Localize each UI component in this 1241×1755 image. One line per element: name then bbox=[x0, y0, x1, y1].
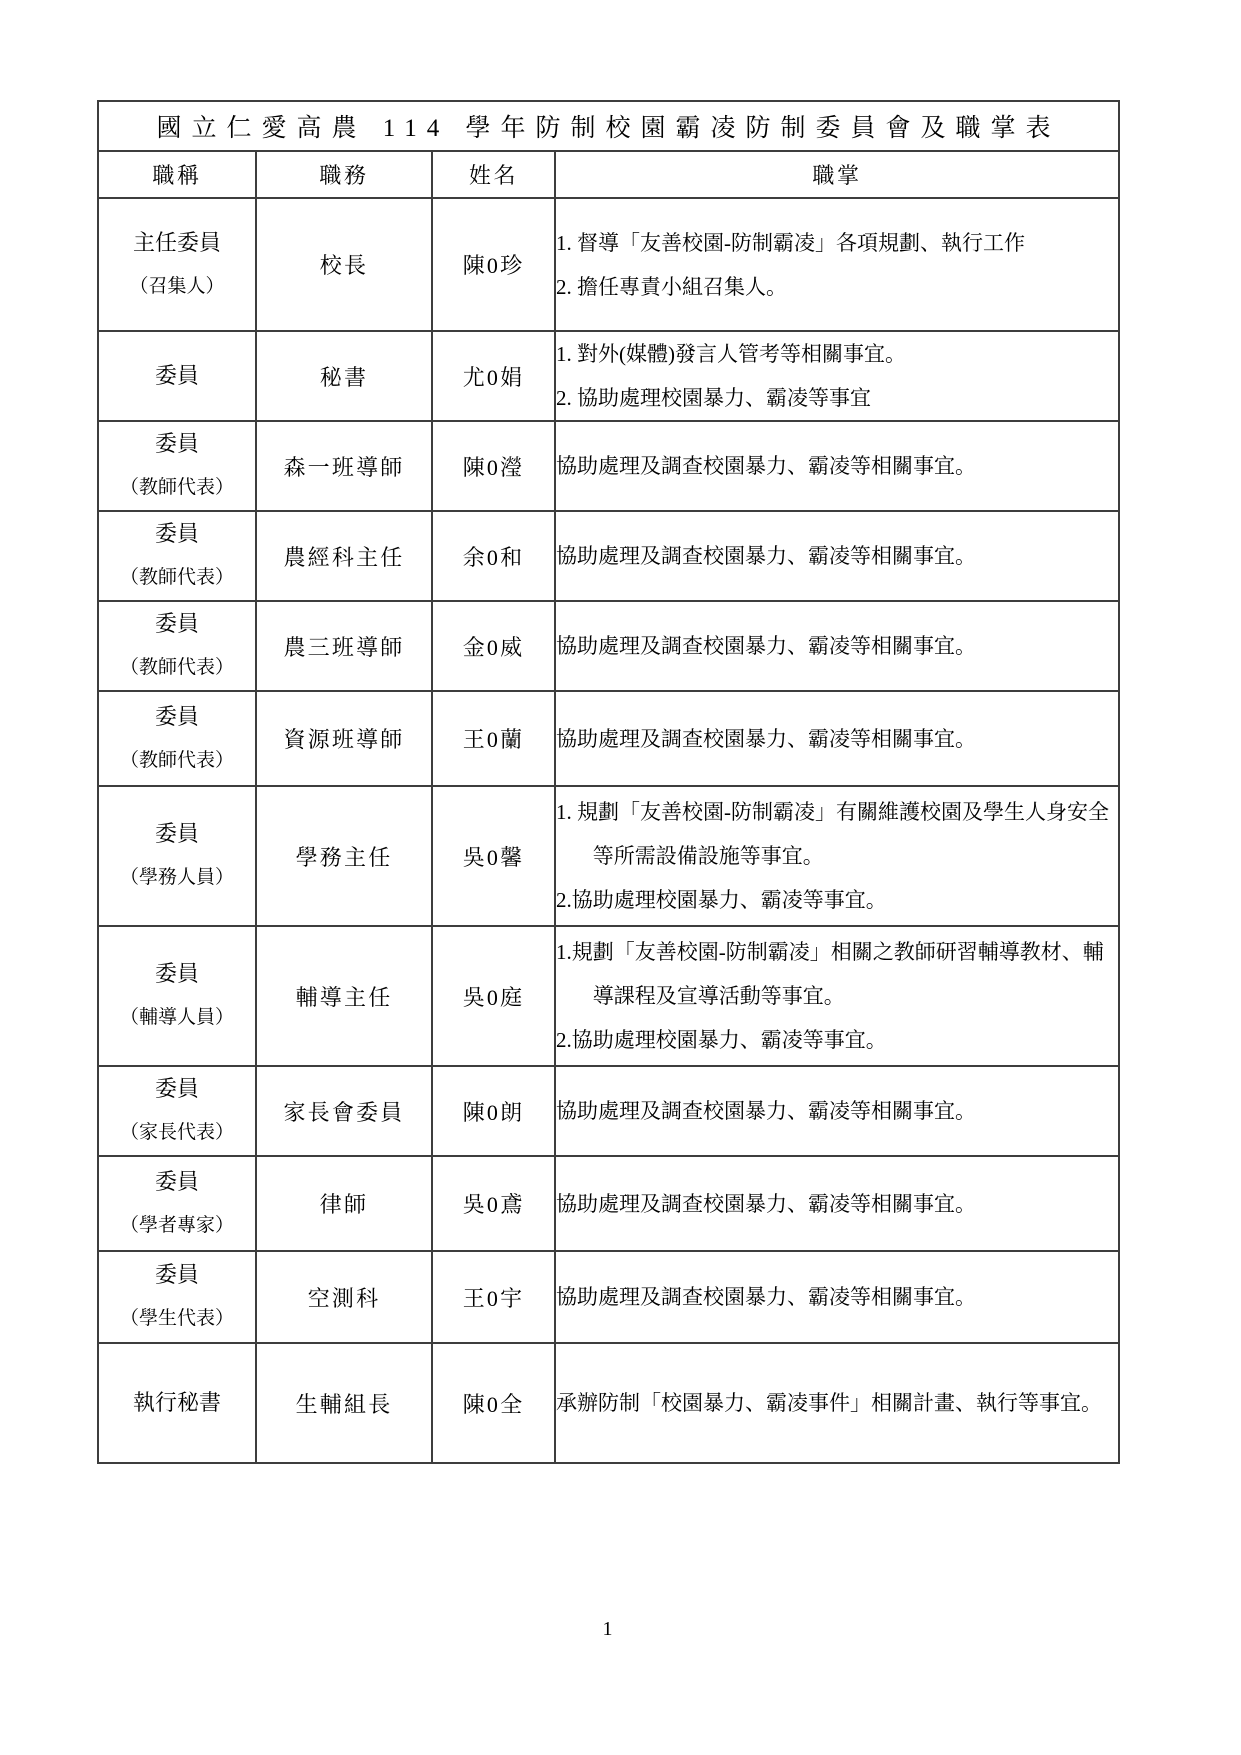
duty-cell: 1.規劃「友善校園-防制霸凌」相關之教師研習輔導教材、輔導課程及宣導活動等事宜。… bbox=[555, 926, 1119, 1066]
duty-cell: 協助處理及調查校園暴力、霸凌等相關事宜。 bbox=[555, 511, 1119, 601]
column-header-role: 職稱 bbox=[98, 151, 256, 198]
duty-item: 協助處理及調查校園暴力、霸凌等相關事宜。 bbox=[556, 717, 1118, 761]
duty-cell: 1. 對外(媒體)發言人管考等相關事宜。2. 協助處理校園暴力、霸凌等事宜 bbox=[555, 331, 1119, 421]
role-cell: 委員（學務人員） bbox=[98, 786, 256, 926]
position-cell: 輔導主任 bbox=[256, 926, 432, 1066]
name-cell: 王0蘭 bbox=[432, 691, 555, 786]
name-cell: 尤0娟 bbox=[432, 331, 555, 421]
table-header-row: 職稱 職務 姓名 職掌 bbox=[98, 151, 1119, 198]
duty-item: 2. 協助處理校園暴力、霸凌等事宜 bbox=[556, 376, 1118, 420]
duty-item: 承辦防制「校園暴力、霸凌事件」相關計畫、執行等事宜。 bbox=[556, 1381, 1118, 1425]
position-cell: 律師 bbox=[256, 1156, 432, 1251]
role-title-line: （教師代表） bbox=[99, 556, 255, 600]
duty-item: 2.協助處理校園暴力、霸凌等事宜。 bbox=[556, 878, 1118, 922]
role-cell: 委員（教師代表） bbox=[98, 421, 256, 511]
duty-item: 協助處理及調查校園暴力、霸凌等相關事宜。 bbox=[556, 624, 1118, 668]
duty-item: 協助處理及調查校園暴力、霸凌等相關事宜。 bbox=[556, 1182, 1118, 1226]
role-title-line: （召集人） bbox=[99, 265, 255, 309]
committee-table: 國立仁愛高農 114 學年防制校園霸凌防制委員會及職掌表 職稱 職務 姓名 職掌… bbox=[97, 100, 1120, 1464]
name-cell: 金0威 bbox=[432, 601, 555, 691]
column-header-name: 姓名 bbox=[432, 151, 555, 198]
role-title-line: 委員 bbox=[99, 695, 255, 739]
position-cell: 校長 bbox=[256, 198, 432, 331]
role-cell: 委員（教師代表） bbox=[98, 511, 256, 601]
role-title-line: 委員 bbox=[99, 952, 255, 996]
role-title-line: （學務人員） bbox=[99, 856, 255, 900]
name-cell: 陳0朗 bbox=[432, 1066, 555, 1156]
table-row: 執行秘書生輔組長陳0全承辦防制「校園暴力、霸凌事件」相關計畫、執行等事宜。 bbox=[98, 1343, 1119, 1463]
role-title-line: 委員 bbox=[99, 602, 255, 646]
table-title: 國立仁愛高農 114 學年防制校園霸凌防制委員會及職掌表 bbox=[98, 101, 1119, 151]
table-row: 委員（教師代表）資源班導師王0蘭協助處理及調查校園暴力、霸凌等相關事宜。 bbox=[98, 691, 1119, 786]
name-cell: 陳0珍 bbox=[432, 198, 555, 331]
duty-item: 協助處理及調查校園暴力、霸凌等相關事宜。 bbox=[556, 1089, 1118, 1133]
table-title-row: 國立仁愛高農 114 學年防制校園霸凌防制委員會及職掌表 bbox=[98, 101, 1119, 151]
position-cell: 秘書 bbox=[256, 331, 432, 421]
role-cell: 委員 bbox=[98, 331, 256, 421]
role-cell: 委員（學者專家） bbox=[98, 1156, 256, 1251]
page-number: 1 bbox=[97, 1618, 1118, 1641]
role-title-line: 委員 bbox=[99, 1067, 255, 1111]
role-title-line: 委員 bbox=[99, 812, 255, 856]
duty-cell: 協助處理及調查校園暴力、霸凌等相關事宜。 bbox=[555, 691, 1119, 786]
column-header-position: 職務 bbox=[256, 151, 432, 198]
position-cell: 家長會委員 bbox=[256, 1066, 432, 1156]
role-title-line: （家長代表） bbox=[99, 1111, 255, 1155]
duty-item: 1. 對外(媒體)發言人管考等相關事宜。 bbox=[556, 332, 1118, 376]
role-title-line: （輔導人員） bbox=[99, 996, 255, 1040]
role-cell: 委員（學生代表） bbox=[98, 1251, 256, 1343]
duty-cell: 協助處理及調查校園暴力、霸凌等相關事宜。 bbox=[555, 421, 1119, 511]
duty-item: 2. 擔任專責小組召集人。 bbox=[556, 265, 1118, 309]
name-cell: 吳0馨 bbox=[432, 786, 555, 926]
role-cell: 主任委員（召集人） bbox=[98, 198, 256, 331]
table-row: 委員（教師代表）農經科主任余0和協助處理及調查校園暴力、霸凌等相關事宜。 bbox=[98, 511, 1119, 601]
duty-cell: 協助處理及調查校園暴力、霸凌等相關事宜。 bbox=[555, 1066, 1119, 1156]
duty-cell: 協助處理及調查校園暴力、霸凌等相關事宜。 bbox=[555, 601, 1119, 691]
committee-table-body: 主任委員（召集人）校長陳0珍1. 督導「友善校園-防制霸凌」各項規劃、執行工作2… bbox=[98, 198, 1119, 1463]
role-title-line: （教師代表） bbox=[99, 466, 255, 510]
position-cell: 生輔組長 bbox=[256, 1343, 432, 1463]
table-row: 委員秘書尤0娟1. 對外(媒體)發言人管考等相關事宜。2. 協助處理校園暴力、霸… bbox=[98, 331, 1119, 421]
table-row: 委員（教師代表）森一班導師陳0瀅協助處理及調查校園暴力、霸凌等相關事宜。 bbox=[98, 421, 1119, 511]
table-row: 委員（教師代表）農三班導師金0威協助處理及調查校園暴力、霸凌等相關事宜。 bbox=[98, 601, 1119, 691]
role-title-line: 委員 bbox=[99, 1160, 255, 1204]
role-title-line: （學生代表） bbox=[99, 1297, 255, 1341]
name-cell: 吳0鳶 bbox=[432, 1156, 555, 1251]
duty-item: 1. 規劃「友善校園-防制霸凌」有關維護校園及學生人身安全等所需設備設施等事宜。 bbox=[556, 790, 1118, 878]
role-title-line: 委員 bbox=[99, 422, 255, 466]
position-cell: 農三班導師 bbox=[256, 601, 432, 691]
duty-item: 協助處理及調查校園暴力、霸凌等相關事宜。 bbox=[556, 1275, 1118, 1319]
duty-item: 協助處理及調查校園暴力、霸凌等相關事宜。 bbox=[556, 444, 1118, 488]
table-row: 委員（家長代表）家長會委員陳0朗協助處理及調查校園暴力、霸凌等相關事宜。 bbox=[98, 1066, 1119, 1156]
role-title-line: 委員 bbox=[99, 1253, 255, 1297]
table-row: 委員（學務人員）學務主任吳0馨1. 規劃「友善校園-防制霸凌」有關維護校園及學生… bbox=[98, 786, 1119, 926]
position-cell: 農經科主任 bbox=[256, 511, 432, 601]
role-cell: 執行秘書 bbox=[98, 1343, 256, 1463]
duty-cell: 1. 督導「友善校園-防制霸凌」各項規劃、執行工作2. 擔任專責小組召集人。 bbox=[555, 198, 1119, 331]
duty-cell: 協助處理及調查校園暴力、霸凌等相關事宜。 bbox=[555, 1251, 1119, 1343]
position-cell: 資源班導師 bbox=[256, 691, 432, 786]
table-row: 委員（學生代表）空測科王0宇協助處理及調查校園暴力、霸凌等相關事宜。 bbox=[98, 1251, 1119, 1343]
role-title-line: （學者專家） bbox=[99, 1204, 255, 1248]
position-cell: 森一班導師 bbox=[256, 421, 432, 511]
document-page: 國立仁愛高農 114 學年防制校園霸凌防制委員會及職掌表 職稱 職務 姓名 職掌… bbox=[0, 0, 1241, 1755]
name-cell: 吳0庭 bbox=[432, 926, 555, 1066]
role-cell: 委員（家長代表） bbox=[98, 1066, 256, 1156]
duty-cell: 協助處理及調查校園暴力、霸凌等相關事宜。 bbox=[555, 1156, 1119, 1251]
name-cell: 余0和 bbox=[432, 511, 555, 601]
role-cell: 委員（教師代表） bbox=[98, 691, 256, 786]
duty-item: 2.協助處理校園暴力、霸凌等事宜。 bbox=[556, 1018, 1118, 1062]
role-title-line: （教師代表） bbox=[99, 739, 255, 783]
duty-item: 1.規劃「友善校園-防制霸凌」相關之教師研習輔導教材、輔導課程及宣導活動等事宜。 bbox=[556, 930, 1118, 1018]
role-title-line: 委員 bbox=[99, 512, 255, 556]
role-title-line: 執行秘書 bbox=[99, 1381, 255, 1425]
position-cell: 學務主任 bbox=[256, 786, 432, 926]
duty-item: 協助處理及調查校園暴力、霸凌等相關事宜。 bbox=[556, 534, 1118, 578]
table-row: 委員（輔導人員）輔導主任吳0庭1.規劃「友善校園-防制霸凌」相關之教師研習輔導教… bbox=[98, 926, 1119, 1066]
table-row: 委員（學者專家）律師吳0鳶協助處理及調查校園暴力、霸凌等相關事宜。 bbox=[98, 1156, 1119, 1251]
duty-cell: 承辦防制「校園暴力、霸凌事件」相關計畫、執行等事宜。 bbox=[555, 1343, 1119, 1463]
duty-item: 1. 督導「友善校園-防制霸凌」各項規劃、執行工作 bbox=[556, 221, 1118, 265]
role-cell: 委員（輔導人員） bbox=[98, 926, 256, 1066]
column-header-duty: 職掌 bbox=[555, 151, 1119, 198]
role-cell: 委員（教師代表） bbox=[98, 601, 256, 691]
name-cell: 陳0瀅 bbox=[432, 421, 555, 511]
table-row: 主任委員（召集人）校長陳0珍1. 督導「友善校園-防制霸凌」各項規劃、執行工作2… bbox=[98, 198, 1119, 331]
name-cell: 陳0全 bbox=[432, 1343, 555, 1463]
duty-cell: 1. 規劃「友善校園-防制霸凌」有關維護校園及學生人身安全等所需設備設施等事宜。… bbox=[555, 786, 1119, 926]
role-title-line: 主任委員 bbox=[99, 221, 255, 265]
position-cell: 空測科 bbox=[256, 1251, 432, 1343]
name-cell: 王0宇 bbox=[432, 1251, 555, 1343]
role-title-line: 委員 bbox=[99, 354, 255, 398]
role-title-line: （教師代表） bbox=[99, 646, 255, 690]
